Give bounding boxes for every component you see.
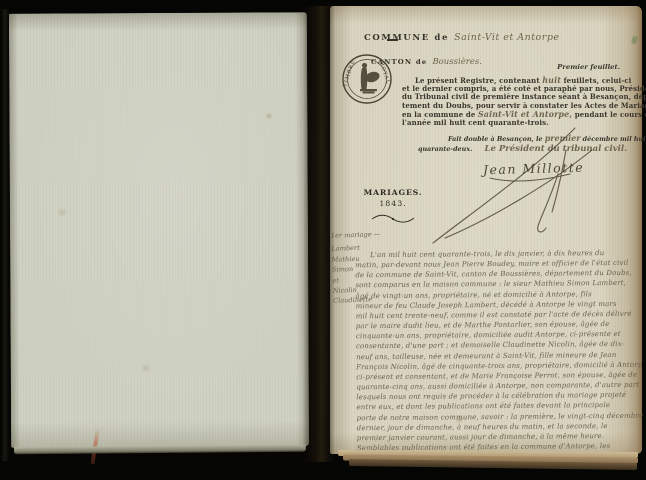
marriage-act-body: L'an mil huit cent quarante-trois, le di…	[355, 248, 643, 454]
timbre-royal-stamp-icon: TIMBRE ROYAL	[341, 50, 393, 108]
left-page-bottom-edge	[14, 445, 306, 455]
section-year: 1843.	[360, 199, 426, 208]
fait-double-text: Fait double à Besançon, le	[448, 135, 542, 143]
canton-handwritten-value: Boussières.	[432, 57, 481, 67]
feuillet-note: Premier feuillet.	[508, 63, 620, 71]
register-scan: COMMUNE de Saint-Vit et Antorpe CANTON d…	[0, 0, 646, 480]
commune-header: COMMUNE de Saint-Vit et Antorpe	[364, 25, 560, 44]
stamp-right-text: ROYAL	[378, 61, 391, 85]
handwritten-date: premier	[545, 133, 581, 143]
preamble-line: l'année mil huit cent quarante-trois.	[402, 119, 638, 127]
commune-underline	[387, 39, 398, 41]
section-header: MARIAGES. 1843.	[360, 188, 426, 227]
handwritten-president-note: Le Président du tribunal civil.	[485, 144, 628, 154]
register-preamble: Le présent Registre, contenant huit feui…	[402, 76, 638, 127]
fait-double-text: décembre mil huit cent	[583, 135, 646, 143]
fait-double-line-2: quarante-deux. Le Président du tribunal …	[418, 144, 627, 154]
fox-spot	[141, 363, 151, 373]
section-title: MARIAGES.	[360, 188, 426, 197]
swash-ornament-icon	[370, 213, 416, 223]
fox-spot	[56, 208, 68, 216]
preamble-text: pendant le cours de	[575, 110, 646, 119]
book-gutter	[303, 6, 335, 462]
president-signature: Jean Millotte	[483, 160, 585, 178]
fox-spot	[264, 112, 273, 119]
commune-handwritten-value: Saint-Vit et Antorpe	[454, 32, 559, 43]
margin-note-heading: 1er mariage —	[331, 229, 375, 241]
fait-double-line-1: Fait double à Besançon, le premier décem…	[448, 133, 646, 143]
book-cover-edge	[0, 9, 9, 461]
commune-label: COMMUNE de	[364, 33, 449, 43]
fait-double-text: quarante-deux.	[418, 145, 472, 153]
right-page: COMMUNE de Saint-Vit et Antorpe CANTON d…	[330, 6, 642, 454]
left-page	[9, 12, 309, 448]
